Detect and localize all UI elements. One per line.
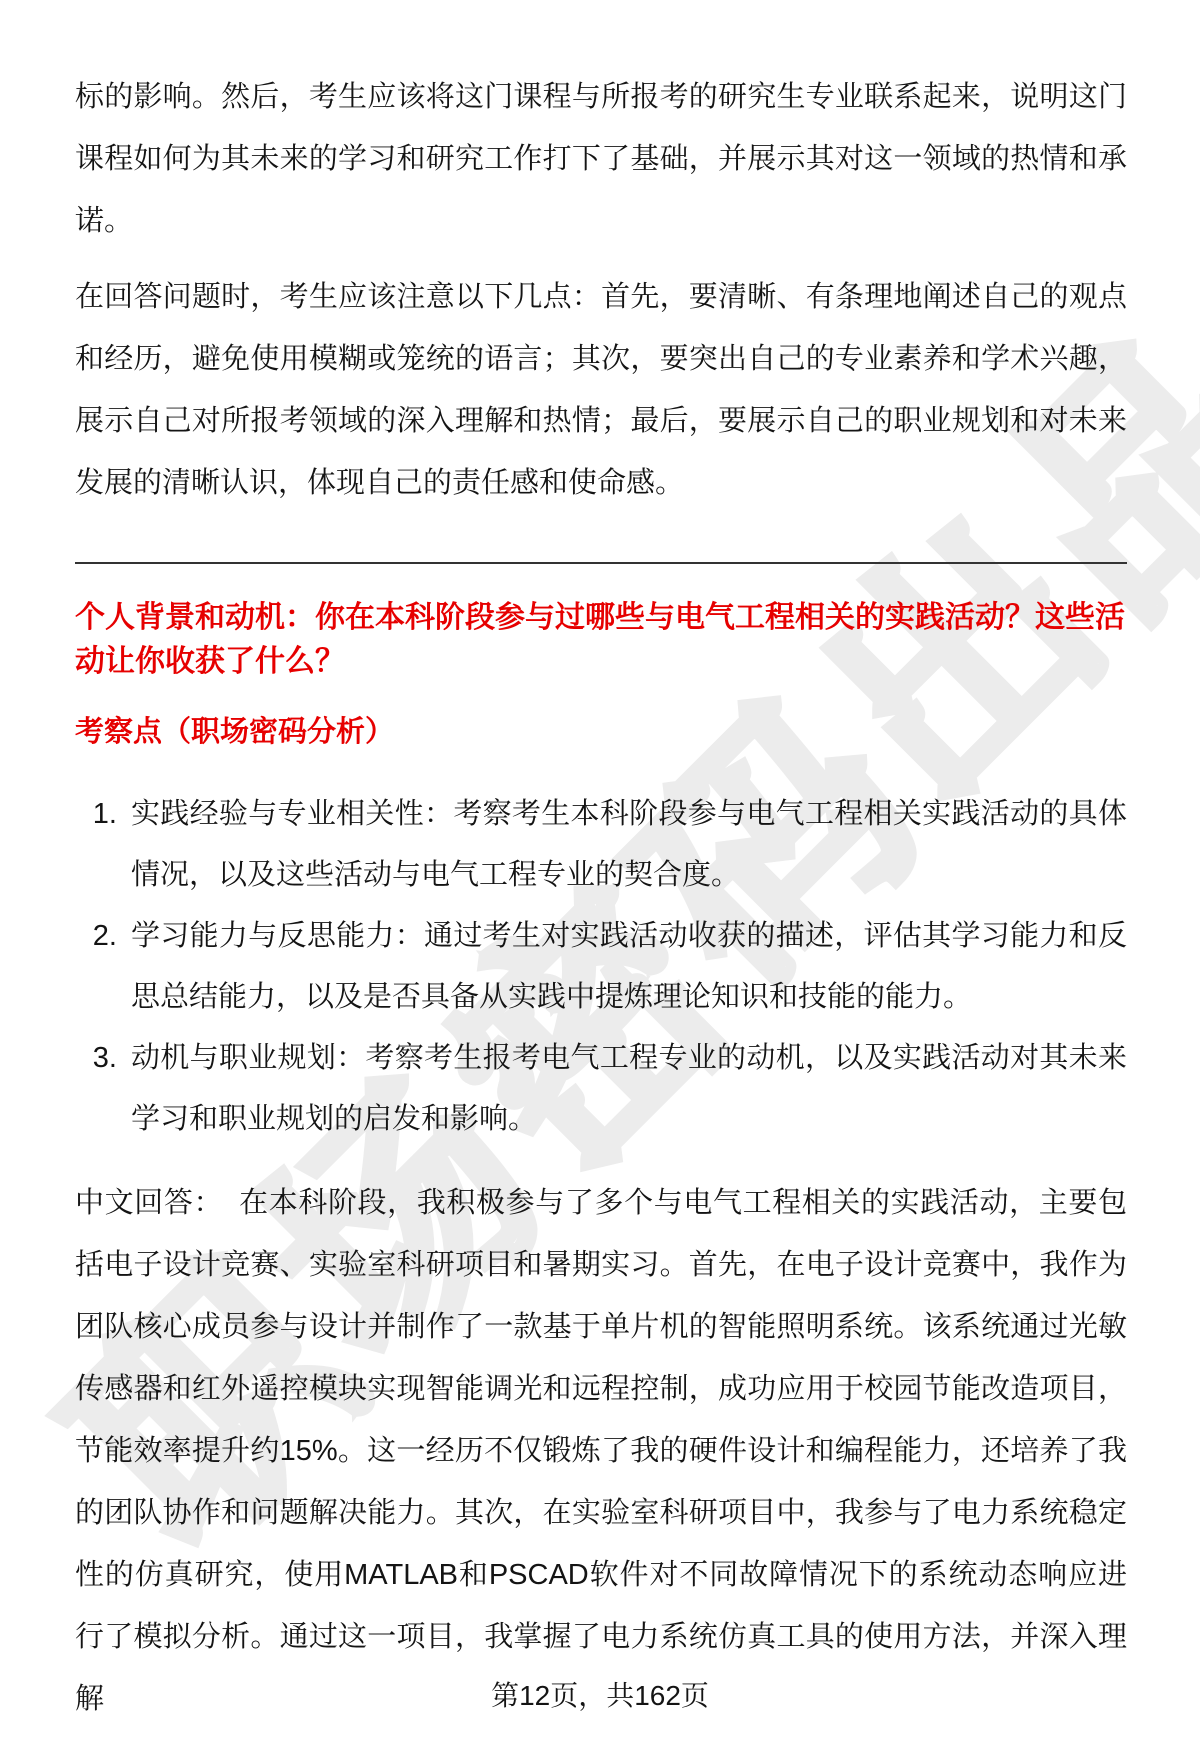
assessment-point-item: 动机与职业规划：考察考生报考电气工程专业的动机，以及实践活动对其未来学习和职业规… — [125, 1028, 1127, 1150]
answer-label: 中文回答： — [75, 1187, 223, 1219]
answer-paragraph: 中文回答：在本科阶段，我积极参与了多个与电气工程相关的实践活动，主要包括电子设计… — [75, 1172, 1127, 1730]
section-divider — [75, 562, 1127, 564]
answer-text: 在本科阶段，我积极参与了多个与电气工程相关的实践活动，主要包括电子设计竞赛、实验… — [75, 1187, 1127, 1715]
assessment-point-item: 学习能力与反思能力：通过考生对实践活动收获的描述，评估其学习能力和反思总结能力，… — [125, 906, 1127, 1028]
intro-paragraph-2: 在回答问题时，考生应该注意以下几点：首先，要清晰、有条理地阐述自己的观点和经历，… — [75, 266, 1127, 514]
intro-paragraph-1: 标的影响。然后，考生应该将这门课程与所报考的研究生专业联系起来，说明这门课程如何… — [75, 66, 1127, 252]
assessment-point-item: 实践经验与专业相关性：考察考生本科阶段参与电气工程相关实践活动的具体情况，以及这… — [125, 784, 1127, 906]
assessment-points-list: 实践经验与专业相关性：考察考生本科阶段参与电气工程相关实践活动的具体情况，以及这… — [75, 784, 1127, 1150]
question-heading: 个人背景和动机：你在本科阶段参与过哪些与电气工程相关的实践活动？这些活动让你收获… — [75, 596, 1127, 684]
page-content: 标的影响。然后，考生应该将这门课程与所报考的研究生专业联系起来，说明这门课程如何… — [75, 66, 1127, 1730]
assessment-points-heading: 考察点（职场密码分析） — [75, 710, 1127, 754]
document-page: 职场密码出品 标的影响。然后，考生应该将这门课程与所报考的研究生专业联系起来，说… — [0, 0, 1200, 1755]
page-number-footer: 第12页，共162页 — [0, 1676, 1200, 1716]
